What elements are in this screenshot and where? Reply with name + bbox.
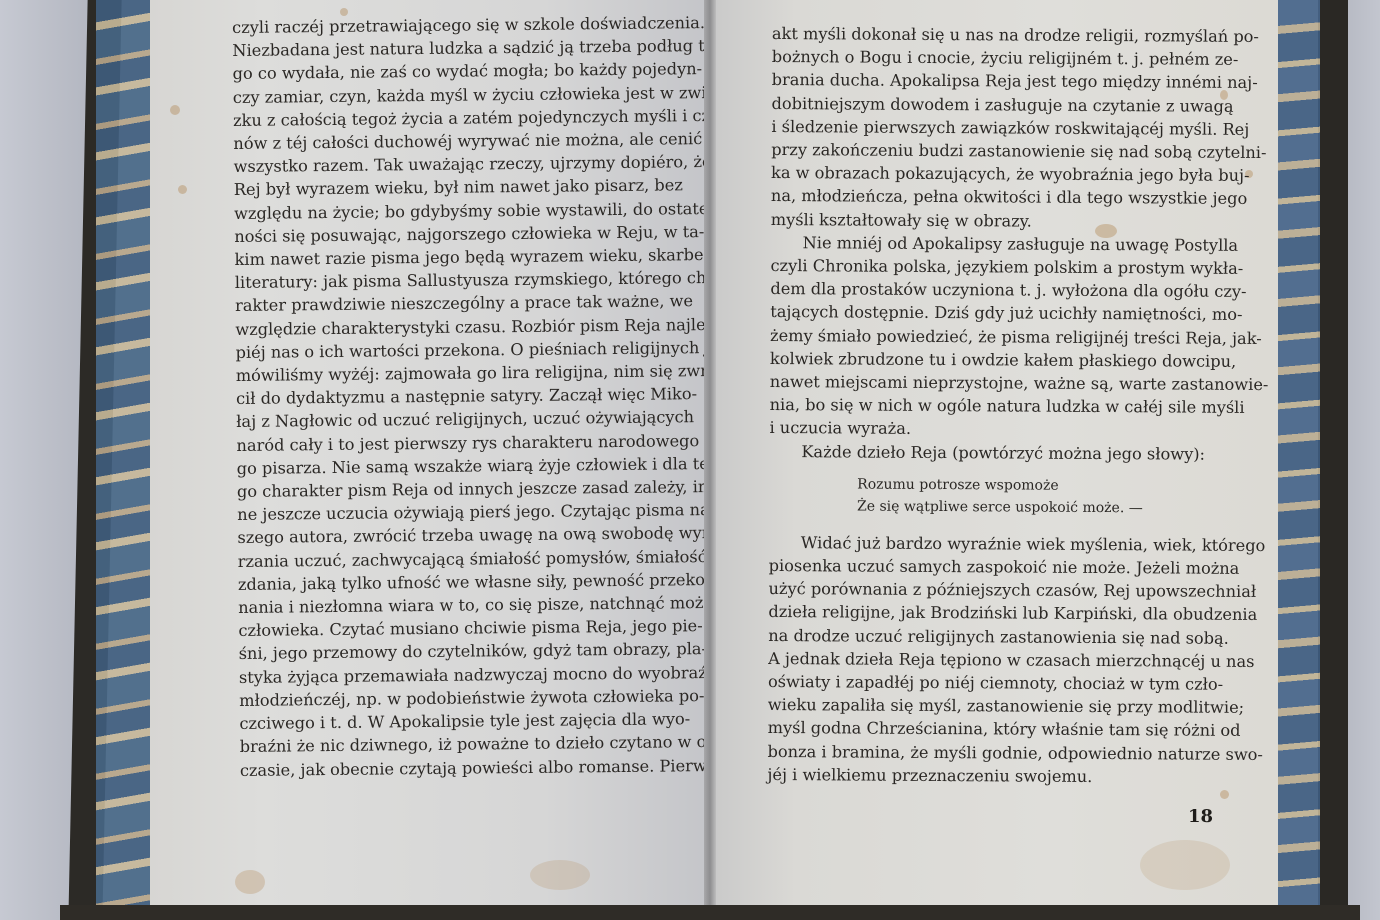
foxing-stain bbox=[530, 860, 590, 890]
text-line: akt myśli dokonał się u nas na drodze re… bbox=[772, 22, 1226, 48]
text-line: czasie, jak obecnie czytają powieści alb… bbox=[240, 754, 660, 782]
right-page-text: akt myśli dokonał się u nas na drodze re… bbox=[767, 22, 1226, 789]
verse-quote: Rozumu potrosze wspomoże Że się wątpliwe… bbox=[769, 473, 1223, 520]
text-line: na, młodzieńcza, pełna okwitości i dla t… bbox=[771, 184, 1225, 210]
text-line: jéj i wielkiemu przeznaczeniu swojemu. bbox=[767, 763, 1221, 789]
text-line: wieku zapaliła się myśl, zastanowienie s… bbox=[768, 693, 1222, 719]
text-line: piosenka uczuć samych zaspokoić nie może… bbox=[769, 554, 1223, 580]
text-line: Nie mniéj od Apokalipsy zasługuje na uwa… bbox=[771, 231, 1225, 257]
text-line: myśli kształtowały się w obrazy. bbox=[771, 208, 1225, 234]
text-line: nawet miejscami nieprzystojne, ważne są,… bbox=[770, 370, 1224, 396]
text-line: przy zakończeniu budzi zastanowienie się… bbox=[771, 138, 1225, 164]
text-line: ka w obrazach pokazujących, że wyobraźni… bbox=[771, 161, 1225, 187]
text-line: oświaty i zapadłéj po niéj ciemnoty, cho… bbox=[768, 670, 1222, 696]
right-page: akt myśli dokonał się u nas na drodze re… bbox=[710, 0, 1278, 905]
text-line: bożnych o Bogu i cnocie, życiu religijné… bbox=[772, 45, 1226, 71]
text-line: dzieła religijne, jak Brodziński lub Kar… bbox=[768, 600, 1222, 626]
text-line: żemy śmiało powiedzieć, że pisma religij… bbox=[770, 324, 1224, 350]
text-line: dobitniejszym dowodem i zasługuje na czy… bbox=[771, 92, 1225, 118]
marbled-page-edge-right bbox=[1276, 0, 1320, 910]
text-line: myśl godna Chrześcianina, który właśnie … bbox=[768, 716, 1222, 742]
verse-line: Że się wątpliwe serce uspokoić może. — bbox=[857, 495, 1223, 519]
book-cover-right bbox=[1318, 0, 1348, 920]
foxing-stain bbox=[1220, 790, 1229, 799]
text-line: użyć porównania z późniejszych czasów, R… bbox=[768, 577, 1222, 603]
text-line: i uczucia wyraża. bbox=[769, 416, 1223, 442]
text-line: kolwiek zbrudzone tu i owdzie kałem płas… bbox=[770, 347, 1224, 373]
text-line: czyli Chronika polska, językiem polskim … bbox=[770, 254, 1224, 280]
foxing-stain bbox=[170, 105, 180, 115]
book-cover-bottom bbox=[60, 905, 1360, 920]
left-page-text: czyli raczéj przetrawiającego się w szko… bbox=[232, 12, 660, 782]
text-line: nia, bo się w nich w ogóle natura ludzka… bbox=[770, 393, 1224, 419]
foxing-stain bbox=[1140, 840, 1230, 890]
page-number: 18 bbox=[1188, 806, 1213, 827]
foxing-stain bbox=[235, 870, 265, 894]
text-line: tających dostępnie. Dziś gdy już ucichły… bbox=[770, 300, 1224, 326]
left-page: czyli raczéj przetrawiającego się w szko… bbox=[150, 0, 710, 905]
text-line: bonza i bramina, że myśli godnie, odpowi… bbox=[767, 740, 1221, 766]
text-line: dem dla prostaków uczyniona t. j. wyłożo… bbox=[770, 277, 1224, 303]
foxing-stain bbox=[178, 185, 187, 194]
text-line: brania ducha. Apokalipsa Reja jest tego … bbox=[772, 68, 1226, 94]
text-line: Każde dzieło Reja (powtórzyć można jego … bbox=[769, 440, 1223, 466]
text-line: Widać już bardzo wyraźnie wiek myślenia,… bbox=[769, 531, 1223, 557]
book-gutter bbox=[704, 0, 716, 905]
verse-line: Rozumu potrosze wspomoże bbox=[857, 473, 1223, 497]
text-line: na drodze uczuć religijnych zastanowieni… bbox=[768, 624, 1222, 650]
text-line: i śledzenie pierwszych zawiązków roskwit… bbox=[771, 115, 1225, 141]
text-line: A jednak dzieła Reja tępiono w czasach m… bbox=[768, 647, 1222, 673]
